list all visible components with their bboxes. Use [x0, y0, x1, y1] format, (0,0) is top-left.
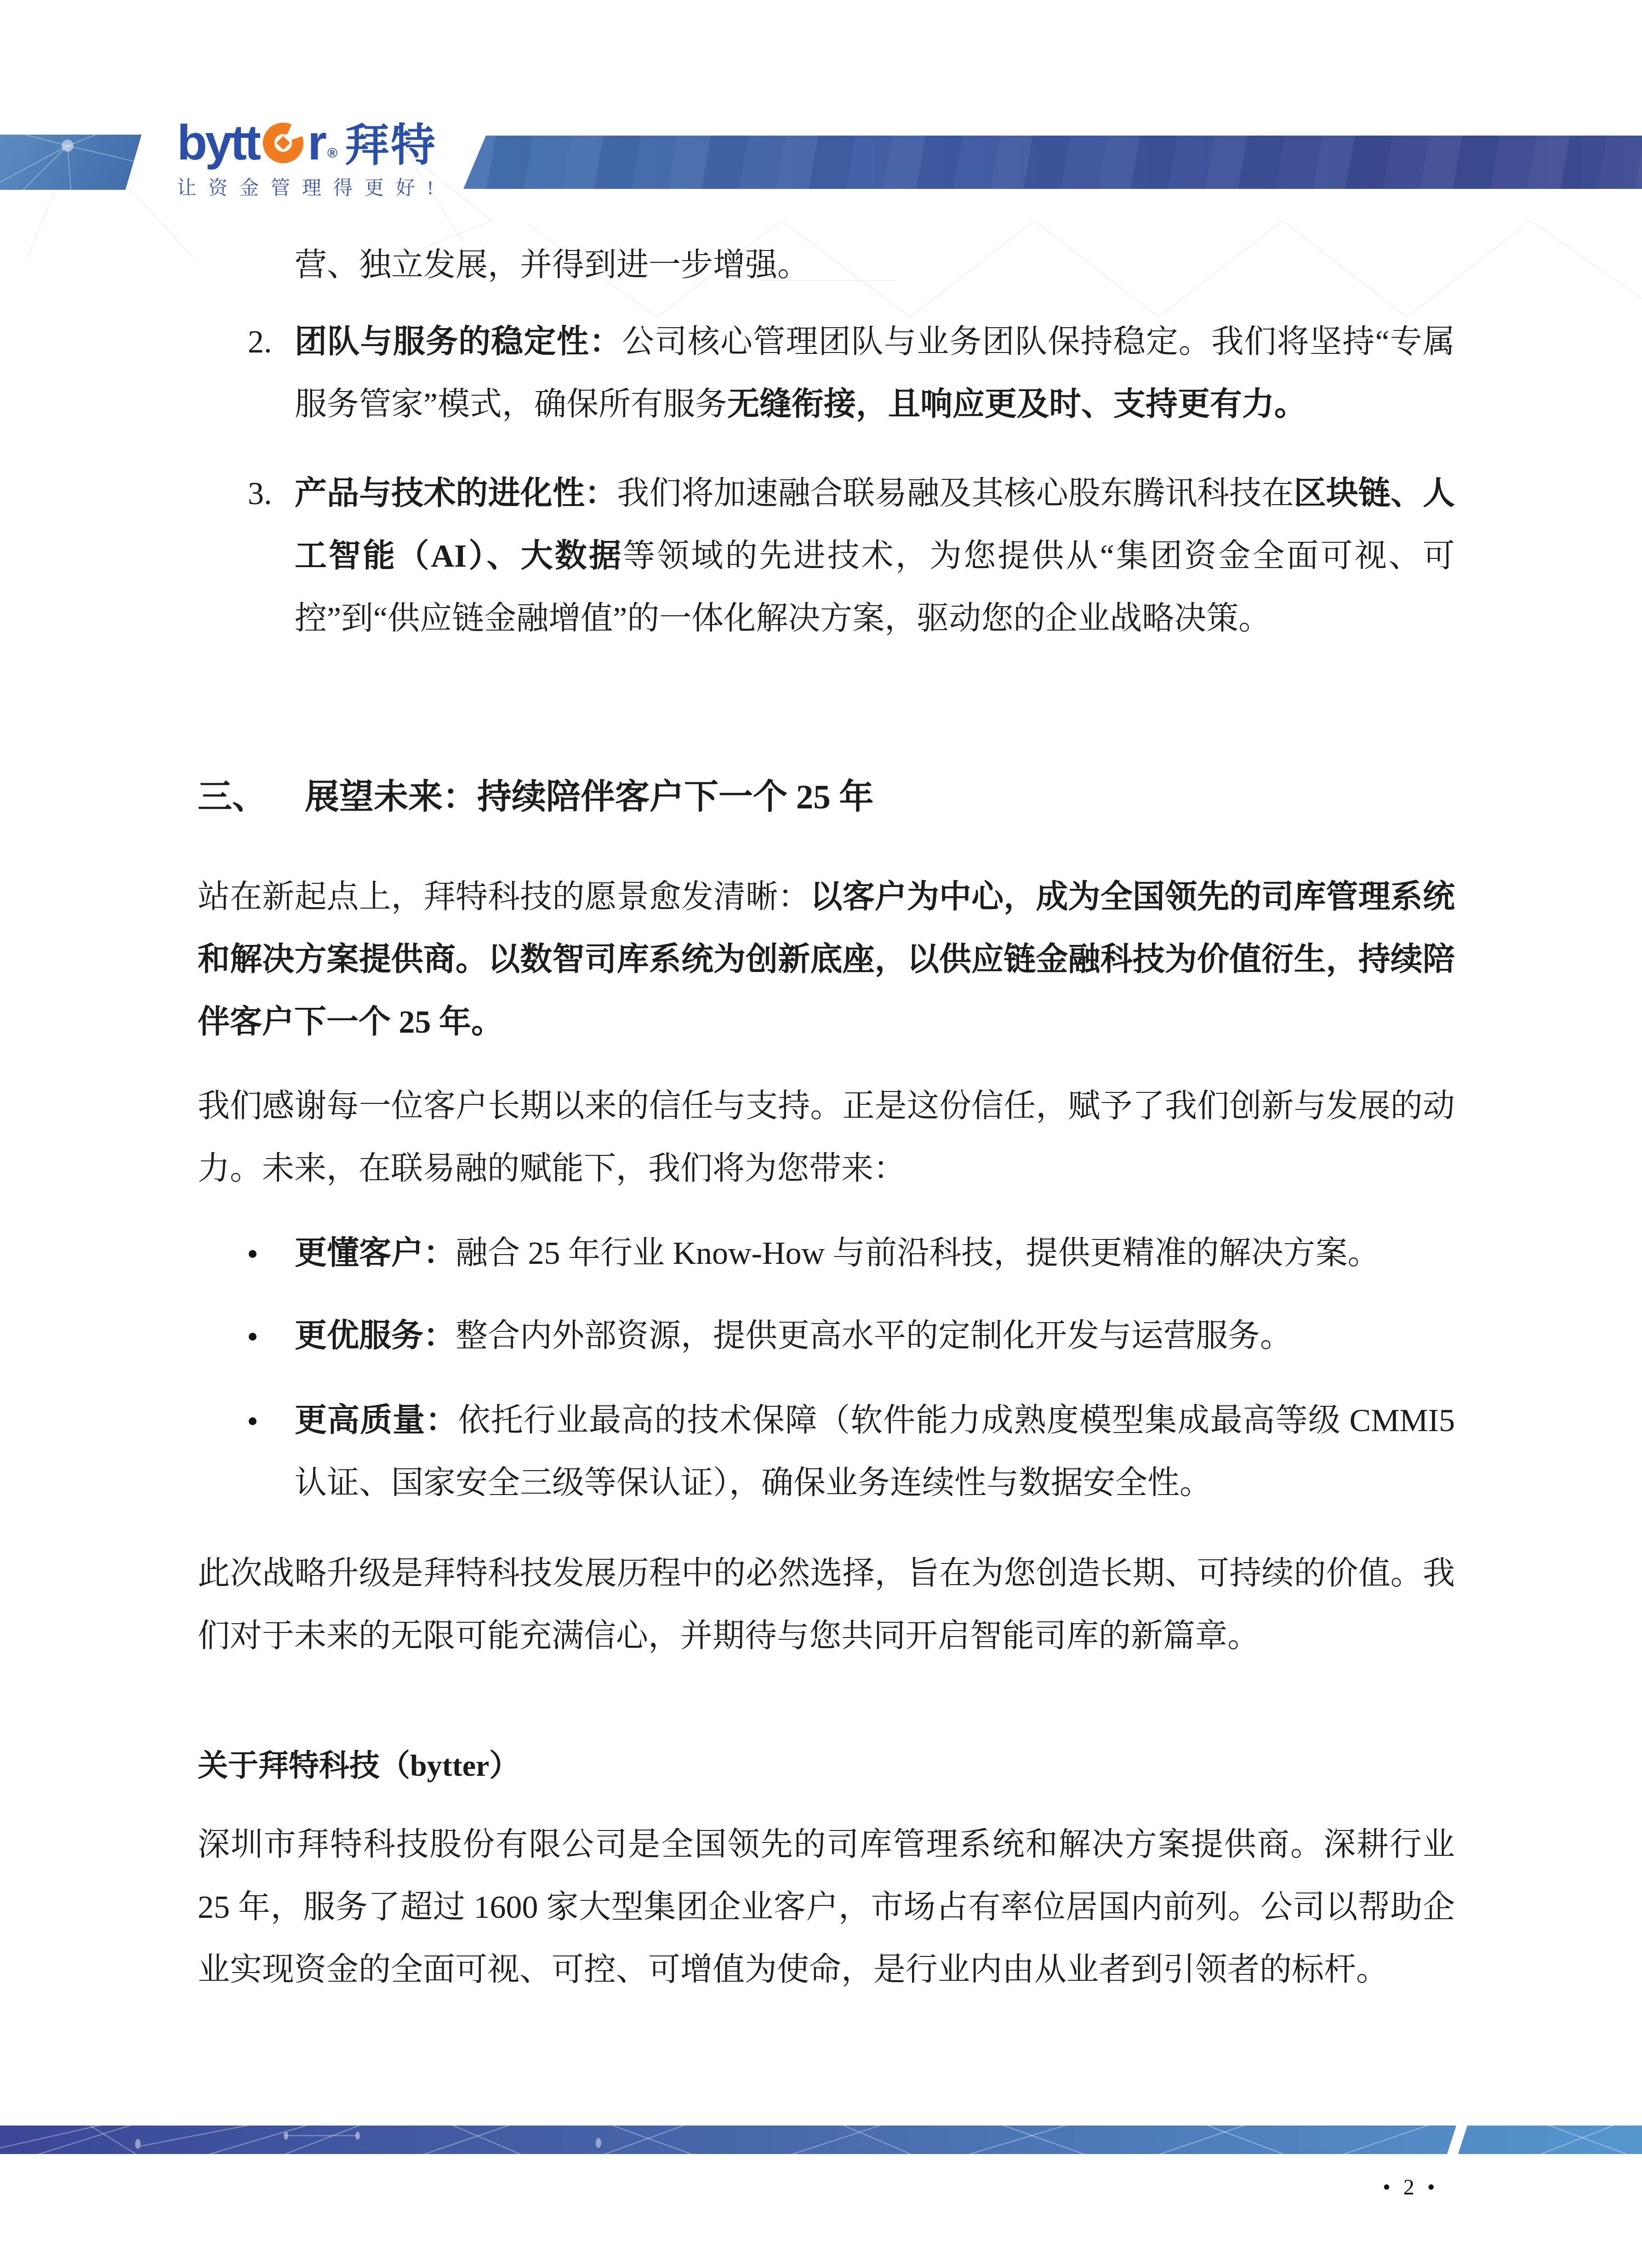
- header-left-ribbon: [0, 135, 142, 190]
- list-item-text: 团队与服务的稳定性：公司核心管理团队与业务团队保持稳定。我们将坚持“专属服务管家…: [295, 311, 1455, 436]
- section-title: 展望未来：持续陪伴客户下一个 25 年: [305, 778, 874, 816]
- bold-run: 更优服务：: [295, 1319, 456, 1354]
- about-heading: 关于拜特科技（bytter）: [198, 1743, 1455, 1789]
- bullet-text: 更优服务：整合内外部资源，提供更高水平的定制化开发与运营服务。: [295, 1305, 1455, 1368]
- list-number: 3.: [248, 463, 272, 525]
- list-number: 2.: [248, 311, 272, 374]
- logo-text-r: r: [308, 114, 325, 170]
- text-run: 站在新起点上，拜特科技的愿景愈发清晰：: [198, 880, 810, 915]
- carryover-paragraph: 营、独立发展，并得到进一步增强。: [295, 234, 1455, 297]
- footer-mesh-decor: [0, 2126, 1642, 2154]
- closing-paragraph: 此次战略升级是拜特科技发展历程中的必然选择，旨在为您创造长期、可持续的价值。我们…: [198, 1543, 1455, 1668]
- bold-run: 团队与服务的稳定性：: [295, 324, 622, 360]
- document-page: byttr®拜特 让资金管理得更好! 营、独立发展，并得到进一步增强。 2. 团…: [0, 0, 1642, 2268]
- logo-text-cn: 拜特: [345, 120, 437, 170]
- section-number: 三、: [198, 772, 305, 823]
- text-run: 融合 25 年行业 Know-How 与前沿科技，提供更精准的解决方案。: [456, 1236, 1380, 1271]
- bold-run: 更高质量：: [295, 1403, 458, 1438]
- logo-text-bytt: bytt: [177, 114, 259, 170]
- page-number: • 2 •: [1383, 2175, 1439, 2200]
- network-node-icon: [0, 135, 142, 190]
- bullet-item-customer: 更懂客户：融合 25 年行业 Know-How 与前沿科技，提供更精准的解决方案…: [198, 1222, 1455, 1285]
- bold-run: 无缝衔接，且响应更及时、支持更有力。: [727, 387, 1306, 422]
- about-paragraph: 深圳市拜特科技股份有限公司是全国领先的司库管理系统和解决方案提供商。深耕行业 2…: [198, 1814, 1455, 2001]
- bold-run: 更懂客户：: [295, 1236, 456, 1271]
- section-heading: 三、展望未来：持续陪伴客户下一个 25 年: [198, 772, 1455, 823]
- vision-paragraph: 站在新起点上，拜特科技的愿景愈发清晰：以客户为中心，成为全国领先的司库管理系统和…: [198, 866, 1455, 1054]
- text-run: 我们将加速融合联易融及其核心股东腾讯科技在: [617, 476, 1294, 512]
- bytter-logo: byttr®拜特 让资金管理得更好!: [177, 118, 445, 200]
- document-body: 营、独立发展，并得到进一步增强。 2. 团队与服务的稳定性：公司核心管理团队与业…: [198, 234, 1455, 2001]
- footer-banner: [0, 2126, 1642, 2154]
- banner-streaks-decor: [463, 136, 1642, 189]
- bullet-item-service: 更优服务：整合内外部资源，提供更高水平的定制化开发与运营服务。: [198, 1305, 1455, 1368]
- logo-tagline: 让资金管理得更好!: [177, 173, 445, 200]
- thanks-paragraph: 我们感谢每一位客户长期以来的信任与支持。正是这份信任，赋予了我们创新与发展的动力…: [198, 1075, 1455, 1200]
- numbered-item-3: 3. 产品与技术的进化性：我们将加速融合联易融及其核心股东腾讯科技在区块链、人工…: [198, 463, 1455, 650]
- bullet-icon: [249, 1417, 257, 1425]
- list-item-text: 产品与技术的进化性：我们将加速融合联易融及其核心股东腾讯科技在区块链、人工智能（…: [295, 463, 1455, 650]
- bullet-text: 更懂客户：融合 25 年行业 Know-How 与前沿科技，提供更精准的解决方案…: [295, 1222, 1455, 1285]
- bullet-item-quality: 更高质量：依托行业最高的技术保障（软件能力成熟度模型集成最高等级 CMMI5 认…: [198, 1390, 1455, 1515]
- bullet-icon: [249, 1333, 257, 1341]
- text-run: 依托行业最高的技术保障（软件能力成熟度模型集成最高等级 CMMI5 认证、国家安…: [295, 1403, 1455, 1501]
- logo-e-swirl-icon: [261, 121, 305, 165]
- registered-mark: ®: [327, 146, 337, 161]
- numbered-item-2: 2. 团队与服务的稳定性：公司核心管理团队与业务团队保持稳定。我们将坚持“专属服…: [198, 311, 1455, 436]
- bullet-icon: [249, 1250, 257, 1258]
- bullet-text: 更高质量：依托行业最高的技术保障（软件能力成熟度模型集成最高等级 CMMI5 认…: [295, 1390, 1455, 1515]
- logo-wordmark: byttr®拜特: [177, 118, 445, 167]
- text-run: 整合内外部资源，提供更高水平的定制化开发与运营服务。: [456, 1319, 1292, 1354]
- header-banner: [463, 136, 1642, 189]
- bold-run: 产品与技术的进化性：: [295, 476, 617, 512]
